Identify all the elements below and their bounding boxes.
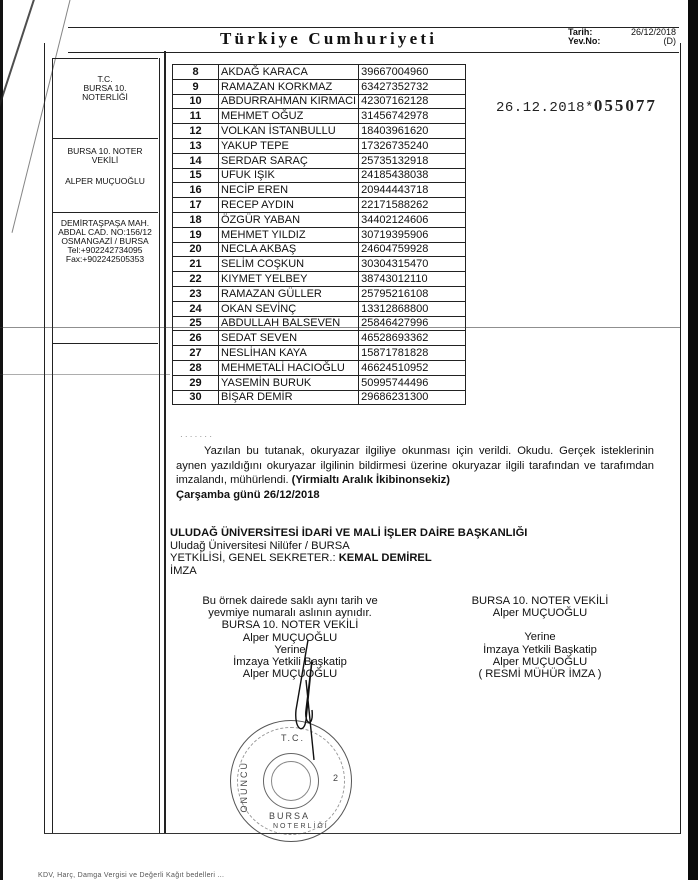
certification-line: Alper MUÇUOĞLU — [440, 607, 640, 619]
participant-name: SELİM COŞKUN — [219, 257, 359, 272]
row-number: 25 — [173, 316, 219, 331]
table-row: 19MEHMET YILDIZ30719395906 — [173, 227, 466, 242]
table-row: 18ÖZGÜR YABAN34402124606 — [173, 212, 466, 227]
national-id: 13312868800 — [359, 301, 466, 316]
participant-name: AKDAĞ KARACA — [219, 65, 359, 80]
national-id: 25735132918 — [359, 153, 466, 168]
table-row: 26SEDAT SEVEN46528693362 — [173, 331, 466, 346]
table-row: 20NECLA AKBAŞ24604759928 — [173, 242, 466, 257]
row-number: 20 — [173, 242, 219, 257]
statement-paragraph: Yazılan bu tutanak, okuryazar ilgiliye o… — [176, 444, 654, 502]
participant-name: NESLİHAN KAYA — [219, 346, 359, 361]
deputy-title: VEKİLİ — [52, 156, 158, 165]
crescent-star-emblem — [271, 761, 311, 801]
participant-name: VOLKAN İSTANBULLU — [219, 124, 359, 139]
certification-line: BURSA 10. NOTER VEKİLİ — [440, 595, 640, 607]
row-number: 21 — [173, 257, 219, 272]
fax: Fax:+902242505353 — [52, 255, 158, 264]
participant-name: RAMAZAN KORKMAZ — [219, 79, 359, 94]
national-id: 17326735240 — [359, 138, 466, 153]
row-number: 9 — [173, 79, 219, 94]
participant-name: YASEMİN BURUK — [219, 375, 359, 390]
scan-edge-left — [0, 0, 3, 880]
deputy-box: BURSA 10. NOTER VEKİLİ ALPER MUÇUOĞLU — [52, 138, 158, 213]
row-number: 18 — [173, 212, 219, 227]
certification-line: yevmiye numaralı aslının aynıdır. — [180, 607, 400, 619]
stamp-date: 26.12.2018 — [496, 100, 585, 116]
yev-value: (D) — [664, 37, 677, 46]
statement-date: Çarşamba günü 26/12/2018 — [176, 489, 320, 501]
national-id: 34402124606 — [359, 212, 466, 227]
table-row: 15UFUK IŞIK24185438038 — [173, 168, 466, 183]
participant-name: UFUK IŞIK — [219, 168, 359, 183]
national-id: 18403961620 — [359, 124, 466, 139]
scan-speck: · · · · · · · — [180, 432, 212, 441]
yev-label: Yev.No: — [568, 37, 600, 46]
participant-name: RAMAZAN GÜLLER — [219, 286, 359, 301]
national-id: 20944443718 — [359, 183, 466, 198]
national-id: 31456742978 — [359, 109, 466, 124]
certification-line: Alper MUÇUOĞLU — [440, 656, 640, 668]
table-row: 23RAMAZAN GÜLLER25795216108 — [173, 286, 466, 301]
organization-name: ULUDAĞ ÜNİVERSİTESİ İDARİ VE MALİ İŞLER … — [170, 527, 527, 539]
row-number: 26 — [173, 331, 219, 346]
signatory-name: KEMAL DEMİREL — [339, 552, 432, 564]
participant-name: NECİP EREN — [219, 183, 359, 198]
scan-artifact-line — [0, 374, 170, 375]
row-number: 19 — [173, 227, 219, 242]
national-id: 25795216108 — [359, 286, 466, 301]
row-number: 22 — [173, 272, 219, 287]
table-row: 30BİŞAR DEMİR29686231300 — [173, 390, 466, 405]
row-number: 15 — [173, 168, 219, 183]
seal-text-bottom: NOTERLİĞİ — [273, 823, 329, 830]
national-id: 24185438038 — [359, 168, 466, 183]
participant-name: SERDAR SARAÇ — [219, 153, 359, 168]
participant-name: KIYMET YELBEY — [219, 272, 359, 287]
participant-name: RECEP AYDIN — [219, 198, 359, 213]
address-box: DEMİRTAŞPAŞA MAH. ABDAL CAD. NO:156/12 O… — [52, 212, 158, 344]
participant-name: NECLA AKBAŞ — [219, 242, 359, 257]
participant-name: BİŞAR DEMİR — [219, 390, 359, 405]
certification-line: Bu örnek dairede saklı aynı tarih ve — [180, 595, 400, 607]
participants-table: 8AKDAĞ KARACA396670049609RAMAZAN KORKMAZ… — [172, 64, 466, 405]
table-row: 11MEHMET OĞUZ31456742978 — [173, 109, 466, 124]
registry-stamp: 26.12.2018*055077 — [496, 96, 657, 116]
participant-name: ABDULLAH BALSEVEN — [219, 316, 359, 331]
national-id: 46624510952 — [359, 360, 466, 375]
row-number: 29 — [173, 375, 219, 390]
participant-name: MEHMETALİ HACIOĞLU — [219, 360, 359, 375]
certification-right: BURSA 10. NOTER VEKİLİAlper MUÇUOĞLUYeri… — [440, 595, 640, 680]
signature-label: İMZA — [170, 565, 527, 578]
participant-name: OKAN SEVİNÇ — [219, 301, 359, 316]
row-number: 12 — [173, 124, 219, 139]
row-number: 13 — [173, 138, 219, 153]
row-number: 11 — [173, 109, 219, 124]
national-id: 46528693362 — [359, 331, 466, 346]
document-title: Türkiye Cumhuriyeti — [220, 29, 437, 49]
table-row: 17RECEP AYDIN22171588262 — [173, 198, 466, 213]
handwritten-signature — [286, 640, 316, 760]
national-id: 29686231300 — [359, 390, 466, 405]
table-row: 16NECİP EREN20944443718 — [173, 183, 466, 198]
stamp-separator: * — [585, 100, 594, 116]
participant-name: SEDAT SEVEN — [219, 331, 359, 346]
organization-block: ULUDAĞ ÜNİVERSİTESİ İDARİ VE MALİ İŞLER … — [170, 527, 527, 577]
certification-line: Yerine — [440, 631, 640, 643]
table-row: 13YAKUP TEPE17326735240 — [173, 138, 466, 153]
national-id: 25846427996 — [359, 316, 466, 331]
certification-line: BURSA 10. NOTER VEKİLİ — [180, 619, 400, 631]
stamp-number: 055077 — [594, 96, 657, 115]
national-id: 15871781828 — [359, 346, 466, 361]
national-id: 63427352732 — [359, 79, 466, 94]
table-row: 10ABDURRAHMAN KIRMACI42307162128 — [173, 94, 466, 109]
table-row: 28MEHMETALİ HACIOĞLU46624510952 — [173, 360, 466, 375]
notary-office-box: T.C. BURSA 10. NOTERLİĞİ — [52, 58, 158, 139]
table-row: 12VOLKAN İSTANBULLU18403961620 — [173, 124, 466, 139]
participant-name: MEHMET OĞUZ — [219, 109, 359, 124]
table-row: 14SERDAR SARAÇ25735132918 — [173, 153, 466, 168]
row-number: 14 — [173, 153, 219, 168]
frame-bottom — [44, 833, 680, 834]
certification-line: İmzaya Yetkili Başkatip — [440, 644, 640, 656]
national-id: 30719395906 — [359, 227, 466, 242]
date-box: Tarih:26/12/2018 Yev.No:(D) — [568, 28, 676, 46]
organization-address: Uludağ Üniversitesi Nilüfer / BURSA — [170, 540, 527, 553]
participant-name: ÖZGÜR YABAN — [219, 212, 359, 227]
table-row: 22KIYMET YELBEY38743012110 — [173, 272, 466, 287]
certification-line: ( RESMİ MÜHÜR İMZA ) — [440, 668, 640, 680]
national-id: 30304315470 — [359, 257, 466, 272]
row-number: 23 — [173, 286, 219, 301]
national-id: 38743012110 — [359, 272, 466, 287]
seal-text-bottom: BURSA — [269, 811, 310, 821]
participant-name: ABDURRAHMAN KIRMACI — [219, 94, 359, 109]
row-number: 16 — [173, 183, 219, 198]
row-number: 17 — [173, 198, 219, 213]
table-row: 21SELİM COŞKUN30304315470 — [173, 257, 466, 272]
row-number: 10 — [173, 94, 219, 109]
row-number: 28 — [173, 360, 219, 375]
national-id: 50995744496 — [359, 375, 466, 390]
table-row: 8AKDAĞ KARACA39667004960 — [173, 65, 466, 80]
deputy-name: ALPER MUÇUOĞLU — [52, 177, 158, 186]
row-number: 8 — [173, 65, 219, 80]
row-number: 24 — [173, 301, 219, 316]
table-row: 29YASEMİN BURUK50995744496 — [173, 375, 466, 390]
table-row: 24OKAN SEVİNÇ13312868800 — [173, 301, 466, 316]
row-number: 27 — [173, 346, 219, 361]
scan-artifact-line — [0, 327, 680, 328]
table-row: 25ABDULLAH BALSEVEN25846427996 — [173, 316, 466, 331]
scan-edge-right — [688, 0, 698, 880]
office-line: NOTERLİĞİ — [52, 93, 158, 102]
table-row: 27NESLİHAN KAYA15871781828 — [173, 346, 466, 361]
signatory-label: YETKİLİSİ, GENEL SEKRETER.: — [170, 552, 336, 564]
national-id: 39667004960 — [359, 65, 466, 80]
certification-line — [440, 619, 640, 631]
divider — [164, 51, 166, 833]
seal-text-right: 2 — [333, 773, 340, 783]
row-number: 30 — [173, 390, 219, 405]
table-row: 9RAMAZAN KORKMAZ63427352732 — [173, 79, 466, 94]
national-id: 42307162128 — [359, 94, 466, 109]
national-id: 24604759928 — [359, 242, 466, 257]
national-id: 22171588262 — [359, 198, 466, 213]
scan-artifact-line — [0, 0, 38, 257]
participant-name: YAKUP TEPE — [219, 138, 359, 153]
participant-name: MEHMET YILDIZ — [219, 227, 359, 242]
footer-note: KDV, Harç, Damga Vergisi ve Değerli Kağı… — [38, 872, 224, 879]
seal-text-left: ONUNCU — [239, 761, 249, 813]
statement-date-words: (Yirmialtı Aralık İkibinonsekiz) — [292, 474, 450, 486]
